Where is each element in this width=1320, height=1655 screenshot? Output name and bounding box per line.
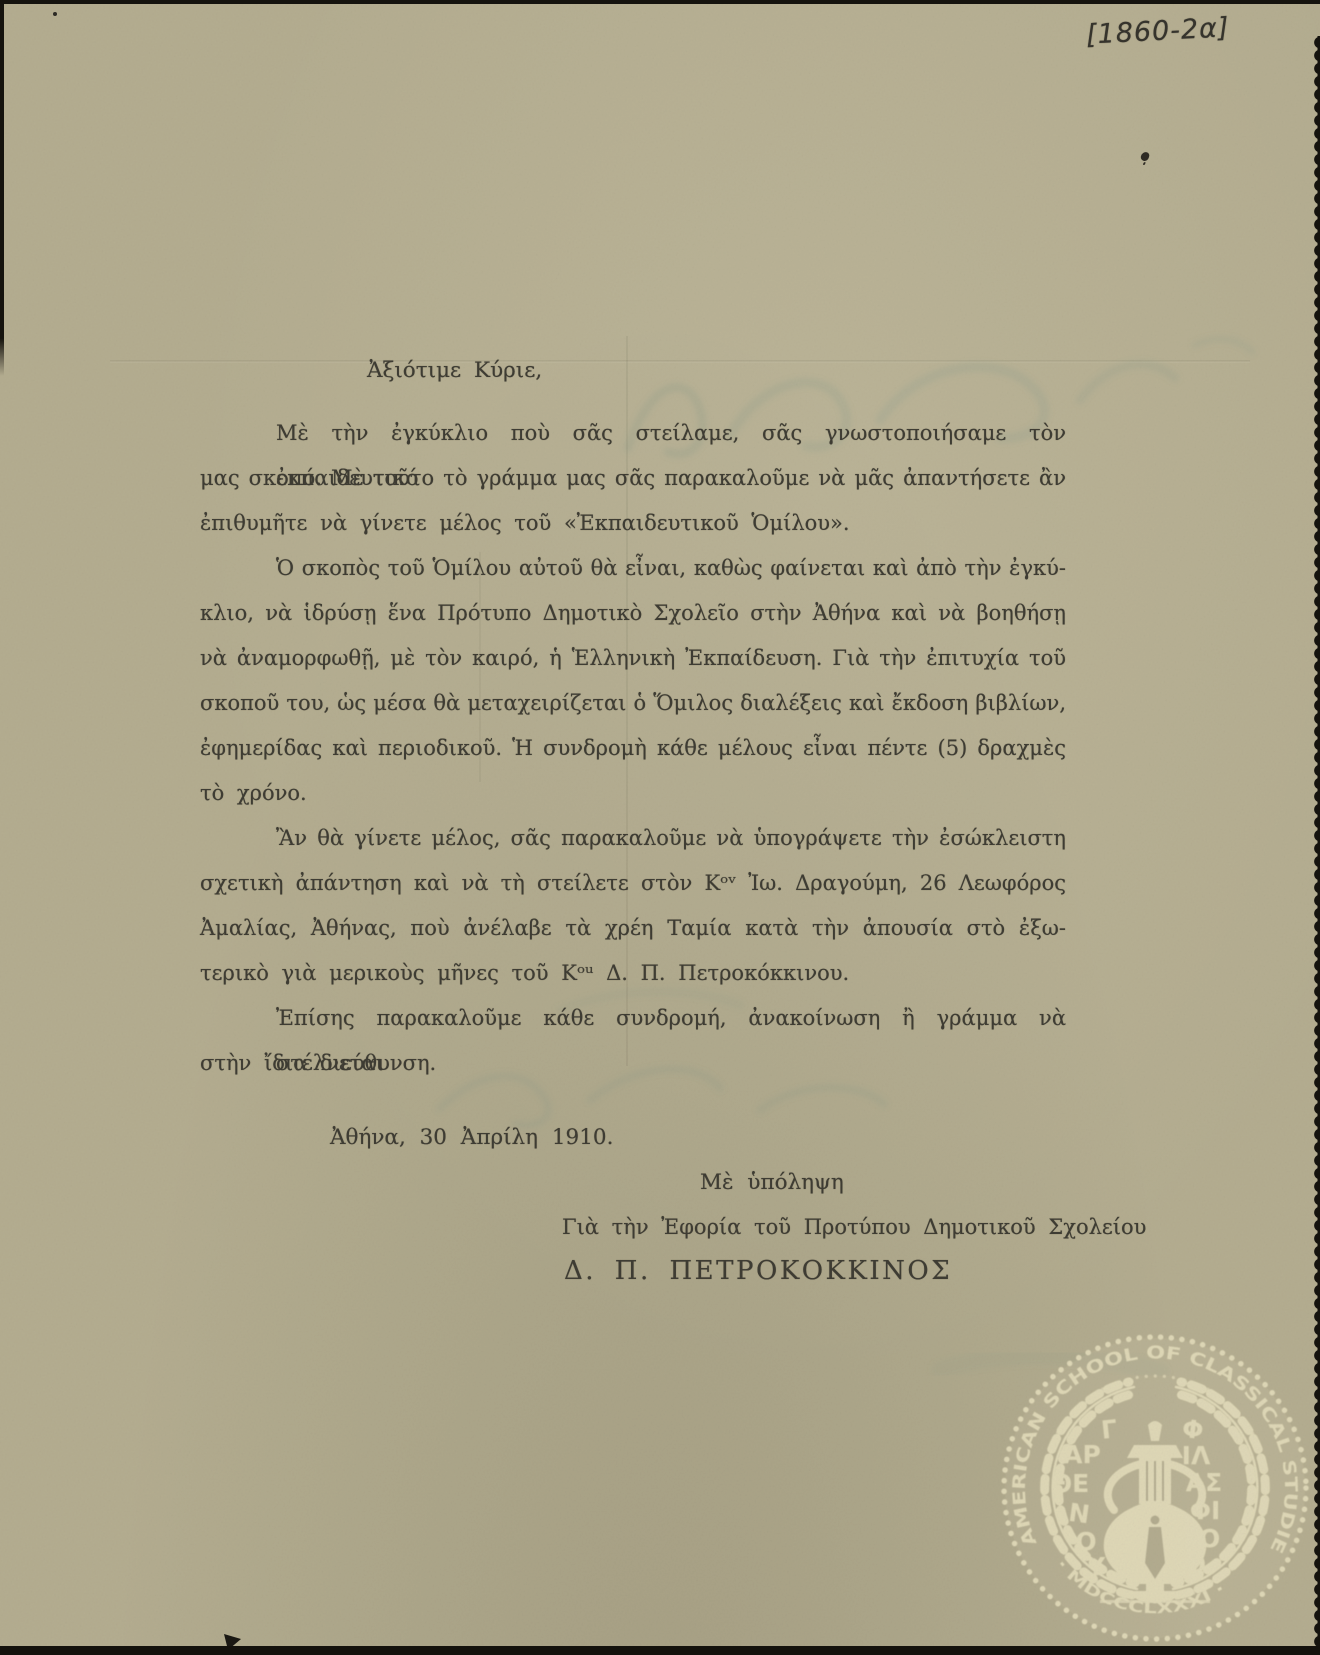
letter-line: τὸ χρόνο.: [200, 771, 1066, 816]
signature-name: Δ. Π. ΠΕΤΡΟΚΟΚΚΙΝΟΣ: [564, 1249, 952, 1294]
seal-greek-letter: ΑΣ: [1186, 1468, 1222, 1497]
seal-greek-letter: Υ: [1086, 1552, 1106, 1581]
letter-line: Ὁ σκοπὸς τοῦ Ὁμίλου αὐτοῦ θὰ εἶναι, καθὼ…: [200, 546, 1066, 591]
letter-line: Μὲ τὴν ἐγκύκλιο ποὺ σᾶς στείλαμε, σᾶς γν…: [200, 411, 1066, 456]
signature-role: Γιὰ τὴν Ἐφορία τοῦ Προτύπου Δημοτικοῦ Σχ…: [562, 1205, 1146, 1250]
date-line: Ἀθήνα, 30 Ἀπρίλη 1910.: [330, 1115, 613, 1160]
letter-line: ἐφημερίδας καὶ περιοδικοῦ. Ἡ συνδρομὴ κά…: [200, 726, 1066, 771]
letter-line: νὰ ἀναμορφωθῇ, μὲ τὸν καιρό, ἡ Ἑλληνικὴ …: [200, 636, 1066, 681]
scan-edge-left: [0, 0, 4, 376]
paper-speck: [53, 12, 57, 16]
scan-edge-bottom: [0, 1646, 1320, 1655]
salutation: Ἀξιότιμε Κύριε,: [367, 348, 542, 393]
seal-greek-letter: Γ: [1100, 1414, 1119, 1445]
seal-greek-letter: ΙΛ: [1182, 1441, 1211, 1470]
seal-greek-letter: ΑΡ: [1063, 1440, 1101, 1469]
seal-greek-letter: ΙΟ: [1174, 1548, 1208, 1581]
letter-line: Ἀμαλίας, Ἀθήνας, ποὺ ἀνέλαβε τὰ χρέη Ταμ…: [200, 906, 1066, 951]
letter-line: στὴν ἴδια διεύθυνση.: [200, 1041, 1066, 1086]
letter-body: Μὲ τὴν ἐγκύκλιο ποὺ σᾶς στείλαμε, σᾶς γν…: [200, 411, 1066, 1086]
letter-line: μας σκοπό. Μὲ τοῦτο τὸ γράμμα μας σᾶς πα…: [200, 456, 1066, 501]
letter-line: Ἐπίσης παρακαλοῦμε κάθε συνδρομή, ἀνακοί…: [200, 996, 1066, 1041]
letter-line: κλιο, νὰ ἱδρύσῃ ἕνα Πρότυπο Δημοτικὸ Σχο…: [200, 591, 1066, 636]
closing-valediction: Μὲ ὑπόληψη: [700, 1160, 844, 1205]
seal-greek-letter: ΘΕ: [1051, 1469, 1089, 1498]
seal-greek-letter: Ν: [1067, 1498, 1092, 1530]
letter-line: σκοποῦ του, ὡς μέσα θὰ μεταχειρίζεται ὁ …: [200, 681, 1066, 726]
scan-edge-top: [0, 0, 1320, 4]
scan-edge-right-perforated: [1312, 36, 1320, 1655]
letter-line: σχετικὴ ἀπάντηση καὶ νὰ τὴ στείλετε στὸν…: [200, 861, 1066, 906]
scanned-letter-page: AMERICAN SCHOOL OF CLASSICAL STUDIES AT …: [0, 0, 1320, 1655]
letter-line: Ἂν θὰ γίνετε μέλος, σᾶς παρακαλοῦμε νὰ ὑ…: [200, 816, 1066, 861]
seal-greek-letter: ΦΙ: [1190, 1496, 1221, 1525]
letter-line: τερικὸ γιὰ μερικοὺς μῆνες τοῦ Κᵒᵘ Δ. Π. …: [200, 951, 1066, 996]
letter-line: ἐπιθυμῆτε νὰ γίνετε μέλος τοῦ «Ἐκπαιδευτ…: [200, 501, 1066, 546]
